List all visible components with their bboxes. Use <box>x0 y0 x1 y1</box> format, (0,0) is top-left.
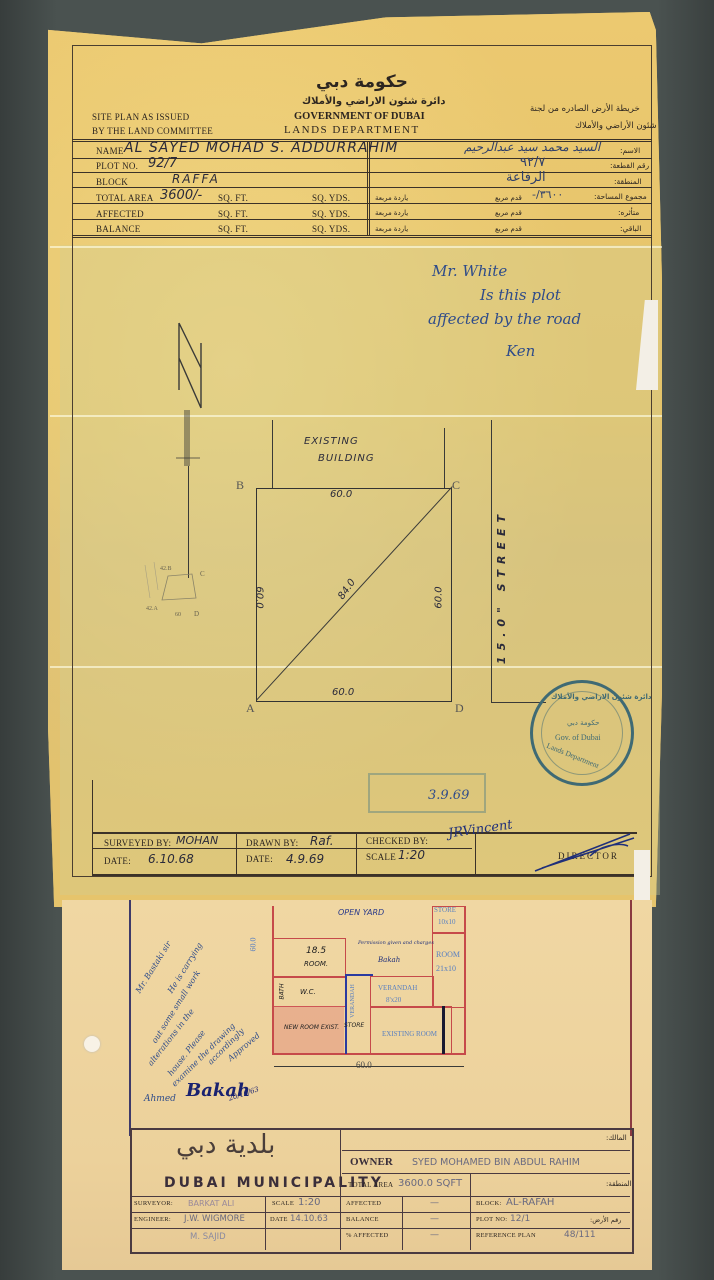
room-18-5 <box>272 938 346 978</box>
scale-value: 1:20 <box>398 848 425 862</box>
row-divider <box>72 187 652 188</box>
row-divider <box>72 203 652 204</box>
affected-ar-label: متأثره: <box>618 208 639 217</box>
plot-no-value: 12/1 <box>510 1214 530 1224</box>
director-signature-icon <box>530 826 640 876</box>
surveyed-by-value: MOHAN <box>176 834 218 847</box>
drawn-date-value: 4.9.69 <box>286 852 324 866</box>
verandah-wall-blue <box>345 974 373 976</box>
street-label: 15.0" STREET <box>495 509 508 664</box>
affected-label: AFFECTED <box>346 1200 381 1207</box>
verandah-room <box>370 976 434 1008</box>
footer-divider <box>236 832 237 874</box>
sketch-a-label: 42.A <box>146 606 158 612</box>
reference-plan-label: REFERENCE PLAN <box>476 1232 536 1239</box>
date-value: 14.10.63 <box>290 1214 328 1224</box>
name-label: NAME <box>96 146 124 156</box>
drawn-by-label: DRAWN BY: <box>246 838 298 848</box>
total-ar-label: مجموع المساحة: <box>594 192 647 201</box>
survey-date-value: 6.10.68 <box>148 852 194 866</box>
plan-left-dimension: 60.0 <box>249 938 258 952</box>
title-col-divider <box>470 1173 471 1250</box>
store-label: STORE <box>434 906 456 914</box>
title-row-line <box>130 1196 630 1197</box>
sketch-dimension: 60 <box>175 612 181 618</box>
total-area-value: 3600.0 SQFT <box>398 1178 462 1189</box>
checked-by-label: CHECKED BY: <box>366 836 428 846</box>
arabic-title: حكومة دبي <box>316 72 408 92</box>
sqyds-ar-unit: ياردة مربعة <box>375 194 408 202</box>
corner-a-label: A <box>246 701 255 716</box>
top-dimension: 60.0 <box>330 489 352 500</box>
block-label: BLOCK <box>96 177 128 187</box>
total-area-label: TOTAL AREA <box>96 193 154 203</box>
owner-label: OWNER <box>350 1156 393 1168</box>
municipality-frame-left <box>129 900 131 1136</box>
scale-value: 1:20 <box>298 1197 320 1208</box>
store-dimension: 10x10 <box>438 918 456 926</box>
land-committee-label: BY THE LAND COMMITTEE <box>92 126 213 136</box>
block-label: BLOCK: <box>476 1200 502 1207</box>
affected-value: — <box>430 1198 439 1208</box>
block-ar-value: الرفاعة <box>506 170 546 185</box>
pct-affected-label: % AFFECTED <box>346 1232 389 1239</box>
corner-b-label: B <box>236 478 244 493</box>
footer-divider <box>475 832 476 874</box>
room-dimension: 18.5 <box>306 946 326 956</box>
arabic-subtitle: دائرة شئون الاراضي والأملاك <box>302 96 445 107</box>
plot-outline <box>256 488 452 702</box>
block-value: RAFFA <box>172 172 220 186</box>
name-ar-value: السيد محمد سيد عبدالرحيم <box>464 140 600 154</box>
existing-room-label: EXISTING ROOM <box>382 1030 437 1038</box>
engineer-label: ENGINEER: <box>134 1216 171 1223</box>
sqft-ar-unit: قدم مربع <box>495 225 522 233</box>
municipality-arabic-logo: بلدية دبي <box>176 1130 275 1160</box>
note-line-1: Mr. White <box>432 262 507 280</box>
scale-label: SCALE <box>366 852 396 862</box>
row-divider <box>72 219 652 220</box>
sqft-unit: SQ. FT. <box>218 193 248 203</box>
affected-label: AFFECTED <box>96 209 144 219</box>
ok-stamp-date: 3.9.69 <box>428 788 469 803</box>
owner-value: SYED MOHAMED BIN ABDUL RAHIM <box>412 1157 580 1168</box>
balance-value: — <box>430 1214 439 1224</box>
total-area-label: TOTAL AREA <box>348 1181 393 1189</box>
surveyor-value: BARKAT ALI <box>188 1199 234 1208</box>
new-room-label: NEW ROOM EXIST. <box>284 1024 339 1031</box>
bath-label: BATH <box>278 984 285 1000</box>
sketch-d-label: D <box>194 610 199 618</box>
fields-column-divider <box>367 142 370 236</box>
sqyds-unit: SQ. YDS. <box>312 209 350 219</box>
plot-ar-value: ٩٢/٧ <box>520 155 545 170</box>
approval-note: Permission given and charges <box>358 940 434 946</box>
plot-value: 92/7 <box>148 156 177 171</box>
surveyed-by-label: SURVEYED BY: <box>104 838 171 848</box>
site-plan-label: SITE PLAN AS ISSUED <box>92 112 189 122</box>
bottom-dimension: 60.0 <box>332 687 354 698</box>
left-dimension: 60.0 <box>254 586 265 608</box>
side-note-initial: Ahmed <box>144 1094 176 1104</box>
owner-ar-label: المالك: <box>606 1134 627 1142</box>
footer-left-border <box>92 780 93 875</box>
room-right-label: ROOM <box>436 950 460 959</box>
stamp-center-arabic: حكومة دبي <box>567 719 599 727</box>
arabic-site-plan-label: خريطة الأرض الصادره من لجنة <box>530 104 640 114</box>
municipality-frame-right <box>630 900 632 1136</box>
drawn-date-label: DATE: <box>246 854 273 864</box>
neighbor-boundary-left <box>272 420 273 488</box>
title-row-line <box>342 1150 630 1151</box>
note-line-2: Is this plot <box>480 286 561 304</box>
government-title: GOVERNMENT OF DUBAI <box>294 111 425 122</box>
sqft-unit: SQ. FT. <box>218 224 248 234</box>
existing-building-label: EXISTING <box>304 436 359 447</box>
plot-label: PLOT NO. <box>96 161 138 171</box>
sqyds-ar-unit: ياردة مربعة <box>375 209 408 217</box>
sqyds-unit: SQ. YDS. <box>312 224 350 234</box>
engineer-value-2: M. SAJID <box>190 1232 226 1242</box>
pct-affected-value: — <box>430 1230 439 1240</box>
stamp-arabic-ring: دائرة شئون الاراضي والأملاك <box>551 693 651 701</box>
right-dimension: 60.0 <box>434 586 445 608</box>
block-ar-label: المنطقة: <box>614 177 641 186</box>
verandah-wall-blue <box>345 974 347 1054</box>
verandah-vertical-label: VERANDAH <box>350 984 356 1018</box>
north-arrow-icon <box>170 318 206 468</box>
plot-no-ar-label: رقم الأرض: <box>590 1216 621 1224</box>
dimension-line <box>274 1066 464 1067</box>
drawn-by-value: Raf. <box>310 834 334 848</box>
location-sketch-icon <box>140 560 210 610</box>
reference-plan-value: 48/111 <box>564 1230 596 1240</box>
plot-no-label: PLOT NO: <box>476 1216 507 1223</box>
sqft-unit: SQ. FT. <box>218 209 248 219</box>
total-ar-value: ٣٦٠٠/- <box>532 188 563 201</box>
open-yard-label: OPEN YARD <box>338 908 384 917</box>
corner-d-label: D <box>455 701 464 716</box>
block-value: AL-RAFAH <box>506 1197 554 1208</box>
title-col-divider <box>402 1196 403 1250</box>
sqyds-ar-unit: ياردة مربعة <box>375 225 408 233</box>
room-right-dimension: 21x10 <box>436 964 456 973</box>
sketch-b-label: 42.B <box>160 566 172 572</box>
department-title: LANDS DEPARTMENT <box>284 124 420 136</box>
neighbor-boundary-right <box>444 428 445 488</box>
row-divider <box>72 172 652 173</box>
footer-divider <box>356 832 357 874</box>
street-boundary <box>491 420 492 703</box>
title-row-line <box>130 1228 630 1229</box>
note-line-3: affected by the road <box>428 310 581 328</box>
scale-label: SCALE <box>272 1200 294 1207</box>
existing-building-label-2: BUILDING <box>318 453 375 464</box>
verandah-label: VERANDAH <box>378 984 417 992</box>
date-label: DATE <box>270 1216 288 1223</box>
sqft-ar-unit: قدم مربع <box>495 209 522 217</box>
plot-ar-label: رقم القطعة: <box>610 161 649 170</box>
approval-signature: Bakah <box>378 956 400 964</box>
sqft-ar-unit: قدم مربع <box>495 194 522 202</box>
title-col-divider <box>265 1196 266 1250</box>
sqyds-unit: SQ. YDS. <box>312 193 350 203</box>
corner-c-label: C <box>452 478 460 493</box>
verandah-dimension: 8'x20 <box>386 996 401 1004</box>
existing-wall-dark <box>442 1006 445 1054</box>
lands-department-stamp: دائرة شئون الاراضي والأملاك حكومة دبي Go… <box>530 680 634 786</box>
balance-ar-label: الباقي: <box>620 224 641 233</box>
survey-date-label: DATE: <box>104 856 131 866</box>
punch-hole <box>84 1036 100 1052</box>
room-label: ROOM. <box>304 960 328 968</box>
stamp-gov-text: Gov. of Dubai <box>555 733 600 742</box>
balance-label: BALANCE <box>346 1216 379 1223</box>
name-ar-label: الاسم: <box>620 146 640 155</box>
note-line-4: Ken <box>506 342 535 360</box>
title-row-line <box>342 1173 630 1174</box>
torn-edge <box>634 850 650 900</box>
balance-label: BALANCE <box>96 224 141 234</box>
engineer-value: J.W. WIGMORE <box>184 1214 245 1224</box>
total-area-value: 3600/- <box>160 188 202 203</box>
name-value: AL SAYED MOHAD S. ADDURRAHIM <box>124 140 398 156</box>
plan-bottom-dimension: 60.0 <box>356 1060 372 1070</box>
area-ar-label: المنطقة: <box>606 1180 632 1188</box>
sketch-c-label: C <box>200 570 205 578</box>
surveyor-label: SURVEYOR: <box>134 1200 173 1207</box>
fields-bottom-border <box>72 235 652 238</box>
wc-label: W.C. <box>300 988 316 996</box>
store-lower-label: STORE <box>344 1022 364 1029</box>
title-row-line <box>130 1212 630 1213</box>
arabic-committee-label: شئون الأراضي والأملاك <box>575 121 657 131</box>
